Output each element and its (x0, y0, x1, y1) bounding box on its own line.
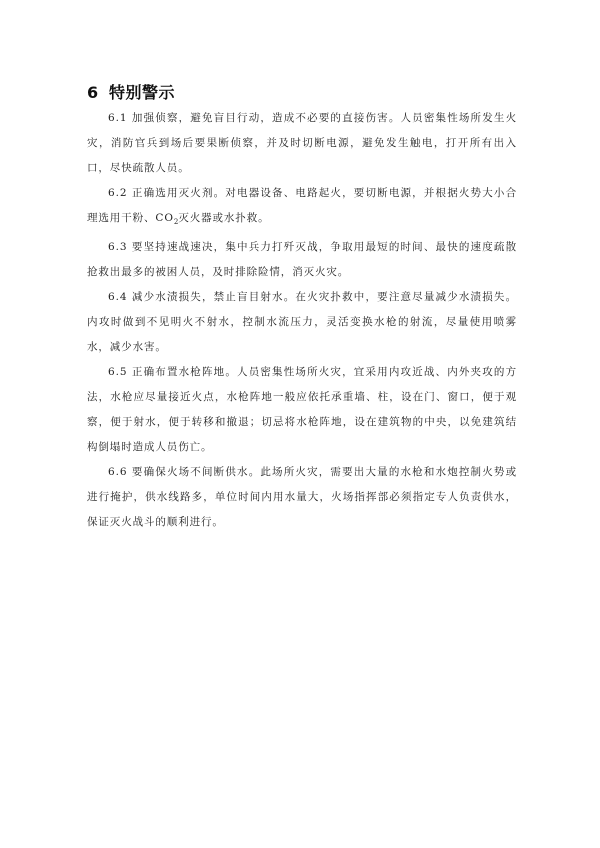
paragraph-6-2: 6.2 正确选用灭火剂。对电器设备、电路起火，要切断电源，并根据火势大小合理选用… (87, 181, 517, 235)
paragraph-6-5: 6.5 正确布置水枪阵地。人员密集性场所火灾，宜采用内攻近战、内外夹攻的方法，水… (87, 360, 517, 460)
paragraph-6-2-text-before: 6.2 正确选用灭火剂。对电器设备、电路起火，要切断电源，并根据火势大小合理选用… (87, 187, 517, 224)
paragraph-6-3: 6.3 要坚持速战速决，集中兵力打歼灭战，争取用最短的时间、最快的速度疏散抢救出… (87, 235, 517, 285)
paragraph-6-4: 6.4 减少水渍损失，禁止盲目射水。在火灾扑救中，要注意尽量减少水渍损失。内攻时… (87, 285, 517, 360)
section-title: 特别警示 (109, 83, 175, 102)
paragraph-6-6: 6.6 要确保火场不间断供水。此场所火灾，需要出大量的水枪和水炮控制火势或进行掩… (87, 460, 517, 535)
section-number: 6 (87, 83, 109, 102)
paragraph-6-2-text-after: 灭火器或水扑救。 (178, 212, 269, 224)
section-body: 6.1 加强侦察，避免盲目行动，造成不必要的直接伤害。人员密集性场所发生火灾，消… (87, 106, 517, 535)
paragraph-6-1: 6.1 加强侦察，避免盲目行动，造成不必要的直接伤害。人员密集性场所发生火灾，消… (87, 106, 517, 181)
section-heading: 6特别警示 (87, 80, 175, 103)
